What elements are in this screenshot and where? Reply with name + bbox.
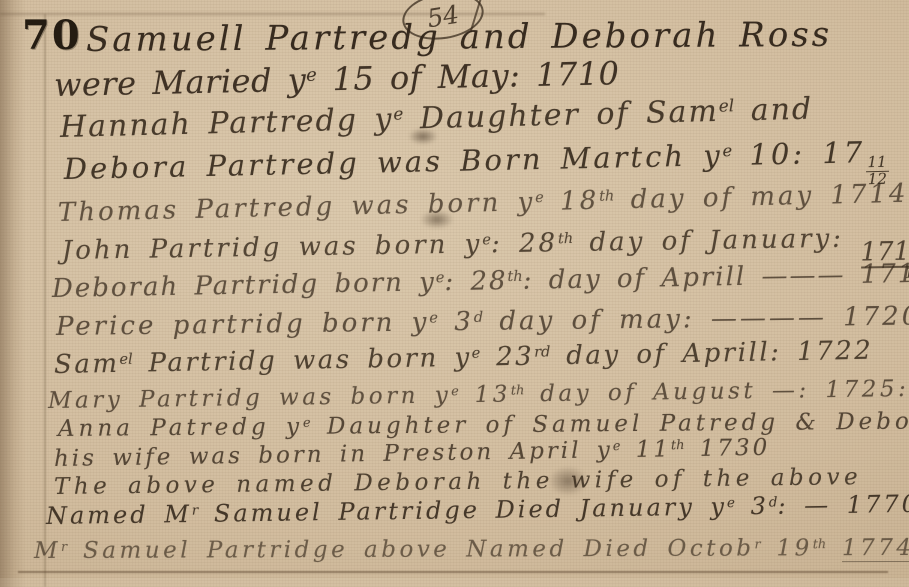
text-segment: Named M [46, 500, 192, 530]
manuscript-page: 70 54 Samuell Partredg and Deborah Rossw… [0, 0, 909, 587]
text-segment: 10: 17 [732, 135, 866, 172]
superscript-segment: el [119, 351, 133, 368]
text-segment: 23 [480, 342, 534, 373]
superscript-segment: d [474, 309, 484, 326]
text-segment: Samuel Partridge above Named Died Octob [67, 535, 754, 563]
text-segment: day of January: [573, 223, 860, 258]
text-segment: Perice partridg born y [56, 307, 430, 342]
text-segment: 15 of May: 1710 [316, 54, 619, 98]
superscript-segment: th [671, 438, 685, 453]
record-line: Samuell Partredg and Deborah Ross [86, 15, 832, 60]
superscript-segment: th [507, 268, 523, 285]
text-segment: day of August —: 1725: [524, 376, 909, 407]
superscript-segment: e [436, 269, 445, 286]
text-segment: : day of Aprill ——— 1717: [523, 258, 909, 295]
superscript-segment: e [722, 141, 732, 160]
superscript-segment: e [727, 496, 735, 511]
text-segment: day of Aprill: 1722 [550, 336, 873, 372]
text-segment: 3 [438, 307, 474, 337]
text-segment: Mary Partridg was born y [48, 382, 452, 414]
record-line: were Maried ye 15 of May: 1710 [54, 54, 620, 104]
superscript-segment: th [813, 537, 827, 552]
superscript-segment: e [303, 416, 311, 431]
text-segment: M [34, 538, 61, 564]
text-segment: Daughter of Samuel Patredg & Deborah [311, 408, 909, 440]
text-segment: 1730 [684, 435, 770, 462]
text-segment [826, 535, 842, 561]
text-segment: 11 [620, 436, 671, 463]
text-segment: John Partridg was born y [62, 229, 483, 266]
text-segment: Samuel Partridge Died January y [198, 492, 727, 527]
superscript-segment: e [451, 384, 459, 399]
record-line: Mary Partridg was born ye 13th day of Au… [48, 376, 909, 414]
superscript-segment: e [429, 309, 438, 326]
text-segment: : 28 [491, 228, 559, 259]
text-segment: day of may: ———— 1720: [483, 301, 909, 336]
text-segment: Deborah Partridg born y [52, 267, 436, 304]
text-segment: Partridg was born y [132, 343, 472, 379]
superscript-segment: d [769, 495, 778, 510]
text-segment: Anna Patredg y [58, 414, 303, 442]
record-line: Mr Samuel Partridge above Named Died Oct… [34, 535, 909, 564]
text-segment: 3 [735, 492, 769, 520]
superscript-segment: rd [534, 343, 551, 360]
text-segment: Daughter of Sam [403, 94, 719, 137]
text-segment: 19 [761, 535, 813, 561]
text-segment: were Maried y [54, 61, 307, 104]
text-segment: 18 [544, 186, 600, 217]
text-segment: his wife was born in Preston April y [54, 437, 613, 472]
text-segment: : 28 [444, 266, 508, 297]
text-segment: 13 [459, 382, 511, 409]
superscript-segment: th [511, 383, 525, 398]
text-segment: : — 1770 [777, 490, 909, 520]
manuscript-lines: Samuell Partredg and Deborah Rosswere Ma… [0, 0, 909, 587]
superscript-segment: el [718, 95, 734, 115]
record-line: Samel Partridg was born ye 23rd day of A… [54, 336, 874, 380]
text-segment: Samuell Partredg and Deborah Ross [86, 15, 832, 60]
text-segment: Sam [54, 349, 120, 380]
text-segment: Debora Partredg was Born Martch y [63, 138, 723, 186]
superscript-segment: th [558, 230, 573, 247]
record-line: Perice partridg born ye 3d day of may: —… [56, 301, 909, 342]
text-segment: and [734, 92, 814, 129]
underlined-segment: 1774 [842, 535, 909, 562]
superscript-segment: e [306, 65, 317, 86]
record-line: Anna Patredg ye Daughter of Samuel Patre… [58, 408, 909, 442]
superscript-segment: e [535, 189, 544, 206]
text-segment: Hannah Partredg y [60, 102, 394, 145]
superscript-segment: th [599, 187, 615, 204]
text-segment: day of may 1714 [614, 179, 909, 216]
